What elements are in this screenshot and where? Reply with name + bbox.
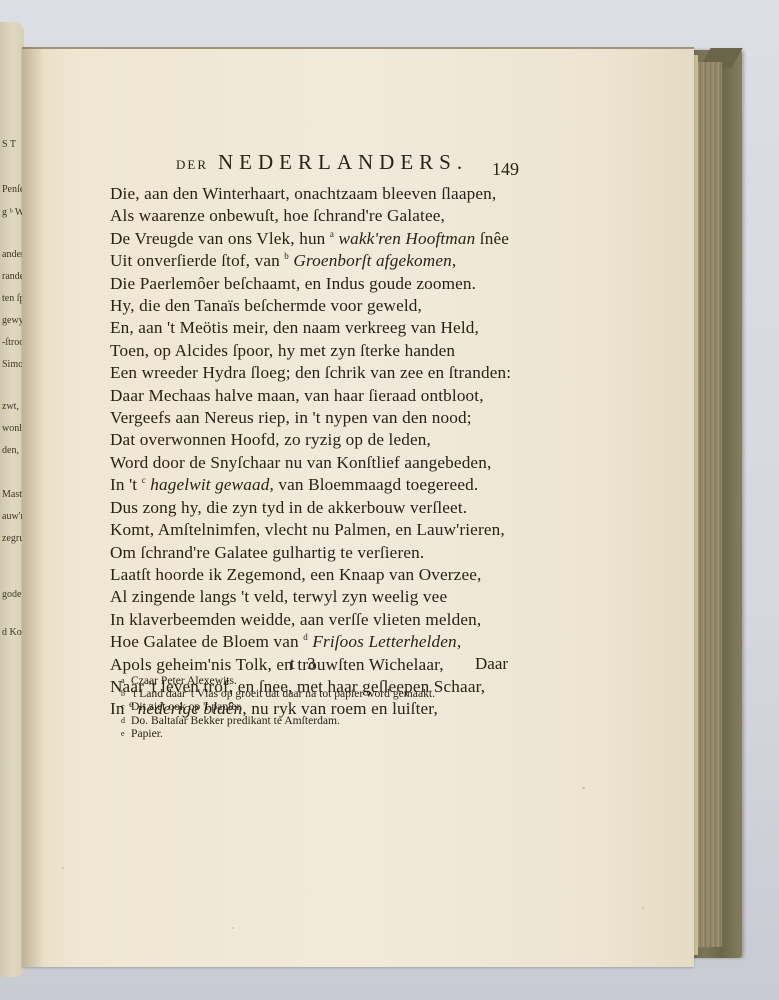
footnote: dDo. Baltaſar Bekker predikant te Amſter…	[121, 714, 435, 727]
footnote-marker: b	[284, 251, 289, 261]
verse-line: Een wreeder Hydra ſloeg; den ſchrik van …	[110, 362, 530, 384]
facing-page-edge: S T Penſel, g ᵇ Wi anden, randen ten ſp …	[0, 22, 24, 977]
verse-line: Toen, op Alcides ſpoor, hy met zyn ſterk…	[110, 340, 530, 362]
verse-line: Laatſt hoorde ik Zegemond, een Knaap van…	[110, 564, 530, 586]
running-head-title: NEDERLANDERS.	[218, 150, 468, 174]
paper-speck	[582, 787, 585, 789]
facing-fragment: g ᵇ Wi	[2, 208, 24, 218]
verse-line: De Vreugde van ons Vlek, hun a wakk'ren …	[110, 228, 530, 250]
leaf-edge	[694, 55, 698, 955]
facing-fragment: den,	[2, 446, 19, 456]
facing-fragment: wonl:	[2, 424, 24, 434]
verse-line: Die Paerlemôer beſchaamt, en Indus goude…	[110, 273, 530, 295]
facing-fragment: Simo	[2, 360, 23, 370]
verse-line: Word door de Snyſchaar nu van Konſtlief …	[110, 452, 530, 474]
footnote-marker: d	[303, 632, 308, 642]
verse-line: Om ſchrand're Galatee gulhartig te verſi…	[110, 542, 530, 564]
facing-fragment: zwt,	[2, 402, 19, 412]
facing-fragment: S T	[2, 140, 16, 150]
facing-fragment: gewyd.	[2, 316, 24, 326]
verse-line: Komt, Amſtelnimfen, vlecht nu Palmen, en…	[110, 519, 530, 541]
verse-line: Hoe Galatee de Bloem van d Friſoos Lette…	[110, 631, 530, 653]
verse-line: Daar Mechaas halve maan, van haar ſieraa…	[110, 385, 530, 407]
paper-speck	[642, 907, 644, 909]
facing-fragment: Mast	[2, 490, 22, 500]
facing-fragment: d Kon	[2, 628, 24, 638]
facing-fragment: ten ſp	[2, 294, 24, 304]
running-head: der NEDERLANDERS.	[176, 150, 468, 175]
paper-speck	[62, 867, 64, 869]
facing-fragment: gode	[2, 590, 21, 600]
footnote-marker: a	[330, 229, 334, 239]
verse-line: Al zingende langs 't veld, terwyl zyn we…	[110, 586, 530, 608]
footnote: aCzaar Peter Alexewits.	[121, 674, 435, 687]
facing-fragment: auw'rie	[2, 512, 24, 522]
verse-line: Die, aan den Winterhaart, onachtzaam ble…	[110, 183, 530, 205]
footnotes: aCzaar Peter Alexewits. b't Land daar 't…	[121, 674, 435, 740]
facing-fragment: randen	[2, 272, 24, 282]
signature-mark: t 3	[290, 654, 319, 674]
verse-line: Dat overwonnen Hoofd, zo ryzig op de led…	[110, 429, 530, 451]
verse-line: Uit onverſierde ſtof, van b Groenborſt a…	[110, 250, 530, 272]
verse-line: Apols geheim'nis Tolk, en trouwſten Wich…	[110, 654, 530, 676]
footnote: cDit ziet ook op 't papier.	[121, 700, 435, 713]
facing-fragment: Penſel,	[2, 185, 24, 195]
gutter-shadow	[22, 47, 44, 967]
catchword: Daar	[475, 654, 508, 674]
verse-line: Hy, die den Tanaïs beſchermde voor gewel…	[110, 295, 530, 317]
paper-speck	[232, 927, 234, 929]
verse-line: Als waarenze onbewuſt, hoe ſchrand're Ga…	[110, 205, 530, 227]
verse-line: In klaverbeemden weidde, aan verſſe vlie…	[110, 609, 530, 631]
facing-fragment: -ſtroom	[2, 338, 24, 348]
verse-line: In 't c hagelwit gewaad, van Bloemmaagd …	[110, 474, 530, 496]
running-head-small: der	[176, 157, 208, 172]
verse-line: En, aan 't Meötis meir, den naam verkree…	[110, 317, 530, 339]
verse-body: Die, aan den Winterhaart, onachtzaam ble…	[110, 183, 530, 721]
page-number: 149	[492, 159, 519, 180]
footnote: ePapier.	[121, 727, 435, 740]
footnote-marker: c	[142, 475, 146, 485]
verse-line: Vergeefs aan Nereus riep, in 't nypen va…	[110, 407, 530, 429]
verse-line: Dus zong hy, die zyn tyd in de akkerbouw…	[110, 497, 530, 519]
facing-fragment: zegruis	[2, 534, 24, 544]
facing-fragment: anden,	[2, 250, 24, 260]
footnote: b't Land daar 't Vlas op groeit dat daar…	[121, 687, 435, 700]
